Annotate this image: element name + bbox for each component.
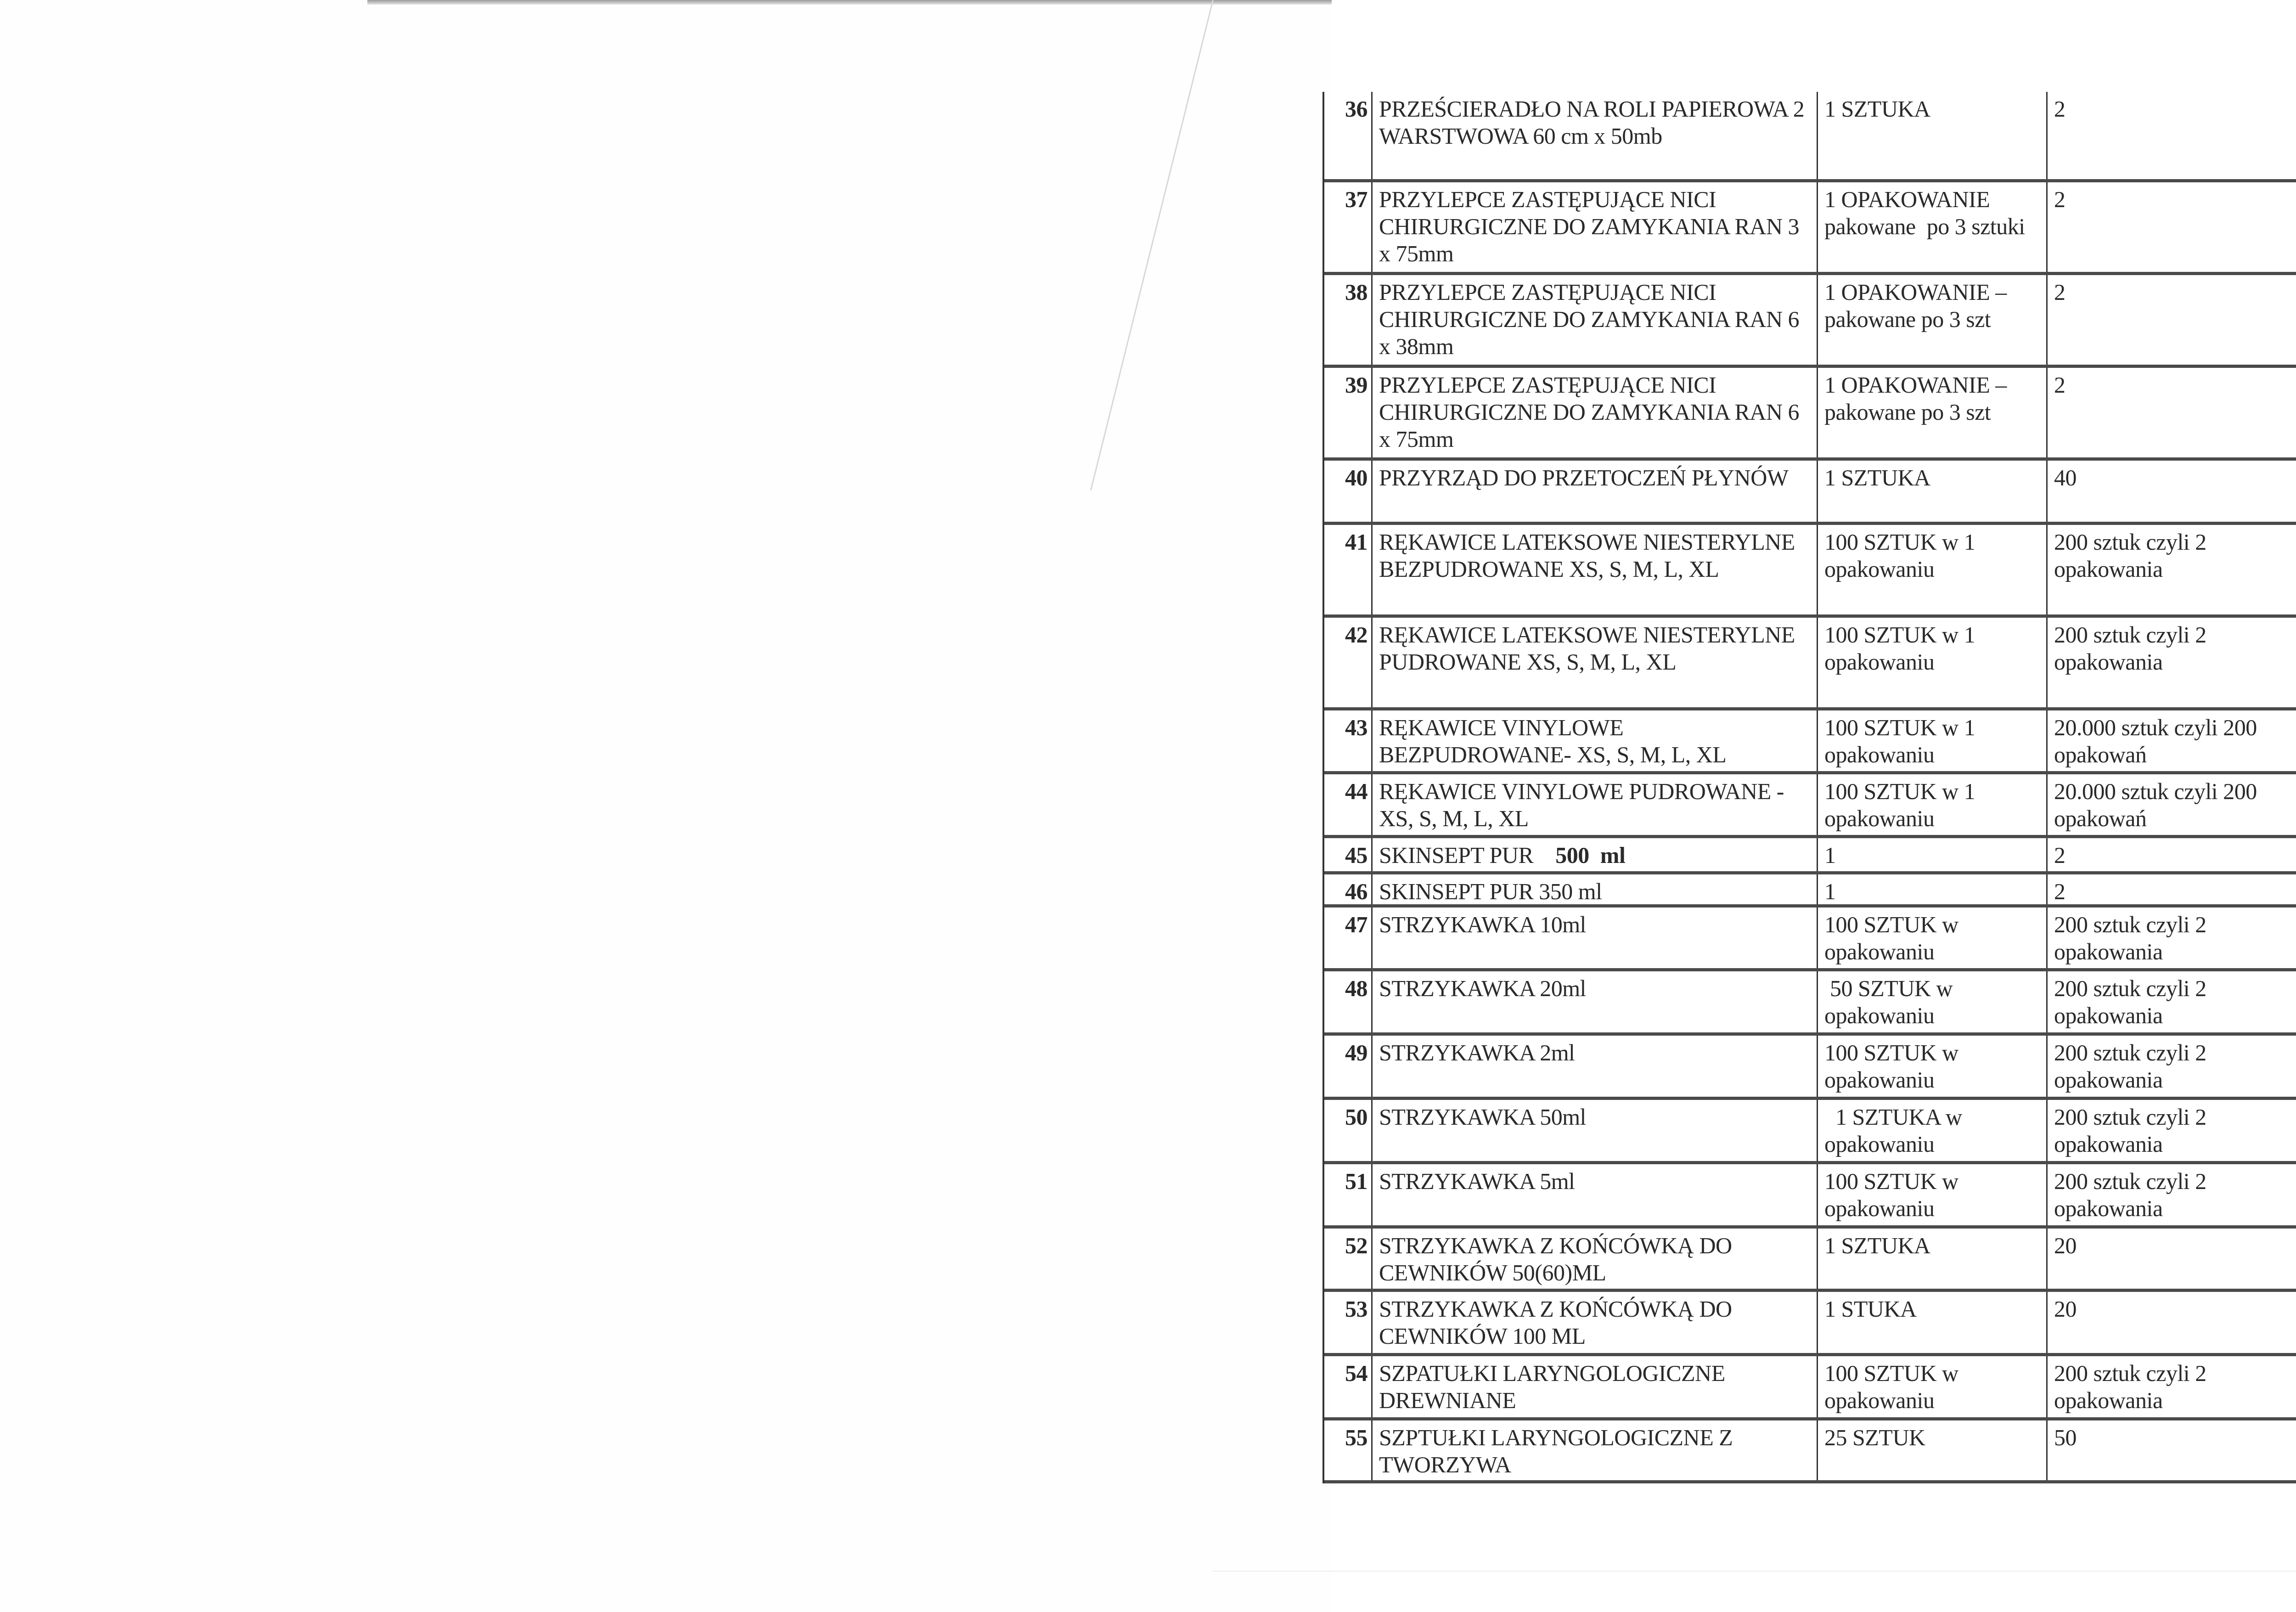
table-row: 48 STRZYKAWKA 20ml 50 SZTUK w opakowaniu… xyxy=(1324,971,2296,1036)
item-number: 41 xyxy=(1324,525,1373,614)
item-unit: 1 SZTUKA w opakowaniu xyxy=(1818,1100,2048,1161)
table-row: 42 RĘKAWICE LATEKSOWE NIESTERYLNE PUDROW… xyxy=(1324,618,2296,710)
table-row: 36 PRZEŚCIERADŁO NA ROLI PAPIEROWA 2 WAR… xyxy=(1324,92,2296,182)
item-quantity: 2 xyxy=(2048,275,2296,365)
table-row: 43 RĘKAWICE VINYLOWE BEZPUDROWANE- XS, S… xyxy=(1324,710,2296,774)
item-unit: 1 SZTUKA xyxy=(1818,92,2048,179)
item-number: 36 xyxy=(1324,92,1373,179)
item-number: 45 xyxy=(1324,838,1373,871)
description-text: STRZYKAWKA 10ml xyxy=(1379,912,1586,937)
table-row: 37 PRZYLEPCE ZASTĘPUJĄCE NICI CHIRURGICZ… xyxy=(1324,182,2296,275)
item-quantity: 2 xyxy=(2048,874,2296,904)
item-description: RĘKAWICE LATEKSOWE NIESTERYLNE PUDROWANE… xyxy=(1373,618,1818,707)
item-description: PRZEŚCIERADŁO NA ROLI PAPIEROWA 2 WARSTW… xyxy=(1373,92,1818,179)
page-bottom-edge xyxy=(1212,1571,2296,1572)
item-quantity: 200 sztuk czyli 2 opakowania xyxy=(2048,1036,2296,1097)
item-quantity: 40 xyxy=(2048,461,2296,522)
table-row: 44 RĘKAWICE VINYLOWE PUDROWANE - XS, S, … xyxy=(1324,774,2296,838)
blank-left-page xyxy=(0,0,1332,1612)
description-text: PRZYRZĄD DO PRZETOCZEŃ PŁYNÓW xyxy=(1379,465,1789,490)
table-row: 53 STRZYKAWKA Z KOŃCÓWKĄ DO CEWNIKÓW 100… xyxy=(1324,1292,2296,1356)
item-unit: 1 OPAKOWANIE – pakowane po 3 szt xyxy=(1818,368,2048,457)
description-text: RĘKAWICE VINYLOWE BEZPUDROWANE- XS, S, M… xyxy=(1379,715,1726,767)
table-row: 46 SKINSEPT PUR 350 ml 1 2 xyxy=(1324,874,2296,907)
item-description: PRZYLEPCE ZASTĘPUJĄCE NICI CHIRURGICZNE … xyxy=(1373,182,1818,272)
item-quantity: 200 sztuk czyli 2 opakowania xyxy=(2048,618,2296,707)
item-description: PRZYLEPCE ZASTĘPUJĄCE NICI CHIRURGICZNE … xyxy=(1373,368,1818,457)
description-text: RĘKAWICE LATEKSOWE NIESTERYLNE BEZPUDROW… xyxy=(1379,529,1795,582)
table-row: 47 STRZYKAWKA 10ml 100 SZTUK w opakowani… xyxy=(1324,907,2296,971)
item-quantity: 20.000 sztuk czyli 200 opakowań xyxy=(2048,774,2296,835)
item-number: 39 xyxy=(1324,368,1373,457)
item-unit: 50 SZTUK w opakowaniu xyxy=(1818,971,2048,1032)
item-description: PRZYLEPCE ZASTĘPUJĄCE NICI CHIRURGICZNE … xyxy=(1373,275,1818,365)
item-number: 43 xyxy=(1324,710,1373,771)
item-description: PRZYRZĄD DO PRZETOCZEŃ PŁYNÓW xyxy=(1373,461,1818,522)
item-description: STRZYKAWKA 5ml xyxy=(1373,1164,1818,1225)
table-row: 50 STRZYKAWKA 50ml 1 SZTUKA w opakowaniu… xyxy=(1324,1100,2296,1164)
table-row: 38 PRZYLEPCE ZASTĘPUJĄCE NICI CHIRURGICZ… xyxy=(1324,275,2296,368)
item-unit: 100 SZTUK w 1 opakowaniu xyxy=(1818,774,2048,835)
item-quantity: 20 xyxy=(2048,1292,2296,1353)
item-unit: 100 SZTUK w opakowaniu xyxy=(1818,1164,2048,1225)
description-text: SZPATUŁKI LARYNGOLOGICZNE DREWNIANE xyxy=(1379,1360,1725,1413)
item-number: 53 xyxy=(1324,1292,1373,1353)
item-number: 46 xyxy=(1324,874,1373,904)
item-unit: 1 OPAKOWANIE – pakowane po 3 szt xyxy=(1818,275,2048,365)
description-text: STRZYKAWKA Z KOŃCÓWKĄ DO CEWNIKÓW 100 ML xyxy=(1379,1296,1732,1349)
item-unit: 1 xyxy=(1818,874,2048,904)
item-description: RĘKAWICE LATEKSOWE NIESTERYLNE BEZPUDROW… xyxy=(1373,525,1818,614)
item-description: SZPTUŁKI LARYNGOLOGICZNE Z TWORZYWA xyxy=(1373,1420,1818,1480)
item-number: 38 xyxy=(1324,275,1373,365)
item-quantity: 200 sztuk czyli 2 opakowania xyxy=(2048,907,2296,968)
description-text: RĘKAWICE LATEKSOWE NIESTERYLNE PUDROWANE… xyxy=(1379,622,1795,675)
item-number: 55 xyxy=(1324,1420,1373,1480)
description-text: PRZYLEPCE ZASTĘPUJĄCE NICI CHIRURGICZNE … xyxy=(1379,186,1799,266)
item-description: SZPATUŁKI LARYNGOLOGICZNE DREWNIANE xyxy=(1373,1356,1818,1417)
item-unit: 100 SZTUK w 1 opakowaniu xyxy=(1818,710,2048,771)
item-unit: 100 SZTUK w 1 opakowaniu xyxy=(1818,525,2048,614)
item-quantity: 200 sztuk czyli 2 opakowania xyxy=(2048,971,2296,1032)
table-row: 52 STRZYKAWKA Z KOŃCÓWKĄ DO CEWNIKÓW 50(… xyxy=(1324,1229,2296,1292)
description-text: SZPTUŁKI LARYNGOLOGICZNE Z TWORZYWA xyxy=(1379,1425,1733,1477)
description-text: STRZYKAWKA Z KOŃCÓWKĄ DO CEWNIKÓW 50(60)… xyxy=(1379,1233,1732,1285)
item-quantity: 200 sztuk czyli 2 opakowania xyxy=(2048,1356,2296,1417)
item-description: STRZYKAWKA 20ml xyxy=(1373,971,1818,1032)
item-quantity: 200 sztuk czyli 2 opakowania xyxy=(2048,1164,2296,1225)
item-quantity: 2 xyxy=(2048,838,2296,871)
item-unit: 1 OPAKOWANIE pakowane po 3 sztuki xyxy=(1818,182,2048,272)
item-description: SKINSEPT PUR 500 ml xyxy=(1373,838,1818,871)
item-number: 40 xyxy=(1324,461,1373,522)
item-quantity: 2 xyxy=(2048,92,2296,179)
item-description: RĘKAWICE VINYLOWE BEZPUDROWANE- XS, S, M… xyxy=(1373,710,1818,771)
item-quantity: 200 sztuk czyli 2 opakowania xyxy=(2048,1100,2296,1161)
table-row: 40 PRZYRZĄD DO PRZETOCZEŃ PŁYNÓW 1 SZTUK… xyxy=(1324,461,2296,525)
item-quantity: 2 xyxy=(2048,368,2296,457)
table-row: 39 PRZYLEPCE ZASTĘPUJĄCE NICI CHIRURGICZ… xyxy=(1324,368,2296,461)
description-text: PRZEŚCIERADŁO NA ROLI PAPIEROWA 2 WARSTW… xyxy=(1379,96,1804,149)
item-number: 47 xyxy=(1324,907,1373,968)
item-unit: 1 SZTUKA xyxy=(1818,1229,2048,1289)
item-unit: 1 SZTUKA xyxy=(1818,461,2048,522)
item-description: STRZYKAWKA 50ml xyxy=(1373,1100,1818,1161)
item-unit: 100 SZTUK w opakowaniu xyxy=(1818,907,2048,968)
table-row: 51 STRZYKAWKA 5ml 100 SZTUK w opakowaniu… xyxy=(1324,1164,2296,1229)
item-unit: 100 SZTUK w 1 opakowaniu xyxy=(1818,618,2048,707)
scan-top-edge xyxy=(367,0,1332,5)
item-quantity: 20 xyxy=(2048,1229,2296,1289)
item-number: 44 xyxy=(1324,774,1373,835)
description-text: SKINSEPT PUR xyxy=(1379,842,1533,868)
item-unit: 100 SZTUK w opakowaniu xyxy=(1818,1356,2048,1417)
item-number: 51 xyxy=(1324,1164,1373,1225)
item-unit: 25 SZTUK xyxy=(1818,1420,2048,1480)
supplies-table: 36 PRZEŚCIERADŁO NA ROLI PAPIEROWA 2 WAR… xyxy=(1322,92,2296,1483)
item-number: 49 xyxy=(1324,1036,1373,1097)
table-row: 45 SKINSEPT PUR 500 ml 1 2 xyxy=(1324,838,2296,874)
item-number: 37 xyxy=(1324,182,1373,272)
table-row: 41 RĘKAWICE LATEKSOWE NIESTERYLNE BEZPUD… xyxy=(1324,525,2296,618)
item-number: 42 xyxy=(1324,618,1373,707)
item-description: SKINSEPT PUR 350 ml xyxy=(1373,874,1818,904)
item-quantity: 50 xyxy=(2048,1420,2296,1480)
description-text: STRZYKAWKA 2ml xyxy=(1379,1040,1575,1065)
item-description: STRZYKAWKA 2ml xyxy=(1373,1036,1818,1097)
item-number: 50 xyxy=(1324,1100,1373,1161)
description-text: STRZYKAWKA 20ml xyxy=(1379,975,1586,1001)
table-row: 55 SZPTUŁKI LARYNGOLOGICZNE Z TWORZYWA 2… xyxy=(1324,1420,2296,1483)
table-row: 49 STRZYKAWKA 2ml 100 SZTUK w opakowaniu… xyxy=(1324,1036,2296,1100)
item-description: STRZYKAWKA Z KOŃCÓWKĄ DO CEWNIKÓW 50(60)… xyxy=(1373,1229,1818,1289)
item-description: RĘKAWICE VINYLOWE PUDROWANE - XS, S, M, … xyxy=(1373,774,1818,835)
description-text: SKINSEPT PUR 350 ml xyxy=(1379,879,1602,904)
item-number: 54 xyxy=(1324,1356,1373,1417)
description-text: STRZYKAWKA 50ml xyxy=(1379,1104,1586,1130)
item-quantity: 20.000 sztuk czyli 200 opakowań xyxy=(2048,710,2296,771)
item-quantity: 2 xyxy=(2048,182,2296,272)
item-unit: 1 STUKA xyxy=(1818,1292,2048,1353)
item-quantity: 200 sztuk czyli 2 opakowania xyxy=(2048,525,2296,614)
description-text: PRZYLEPCE ZASTĘPUJĄCE NICI CHIRURGICZNE … xyxy=(1379,372,1799,452)
table-row: 54 SZPATUŁKI LARYNGOLOGICZNE DREWNIANE 1… xyxy=(1324,1356,2296,1420)
item-number: 48 xyxy=(1324,971,1373,1032)
item-unit: 100 SZTUK w opakowaniu xyxy=(1818,1036,2048,1097)
item-number: 52 xyxy=(1324,1229,1373,1289)
description-text: RĘKAWICE VINYLOWE PUDROWANE - XS, S, M, … xyxy=(1379,778,1784,831)
item-description: STRZYKAWKA Z KOŃCÓWKĄ DO CEWNIKÓW 100 ML xyxy=(1373,1292,1818,1353)
item-unit: 1 xyxy=(1818,838,2048,871)
description-bold-volume: 500 ml xyxy=(1533,842,1625,868)
item-description: STRZYKAWKA 10ml xyxy=(1373,907,1818,968)
description-text: PRZYLEPCE ZASTĘPUJĄCE NICI CHIRURGICZNE … xyxy=(1379,279,1799,359)
description-text: STRZYKAWKA 5ml xyxy=(1379,1168,1575,1194)
